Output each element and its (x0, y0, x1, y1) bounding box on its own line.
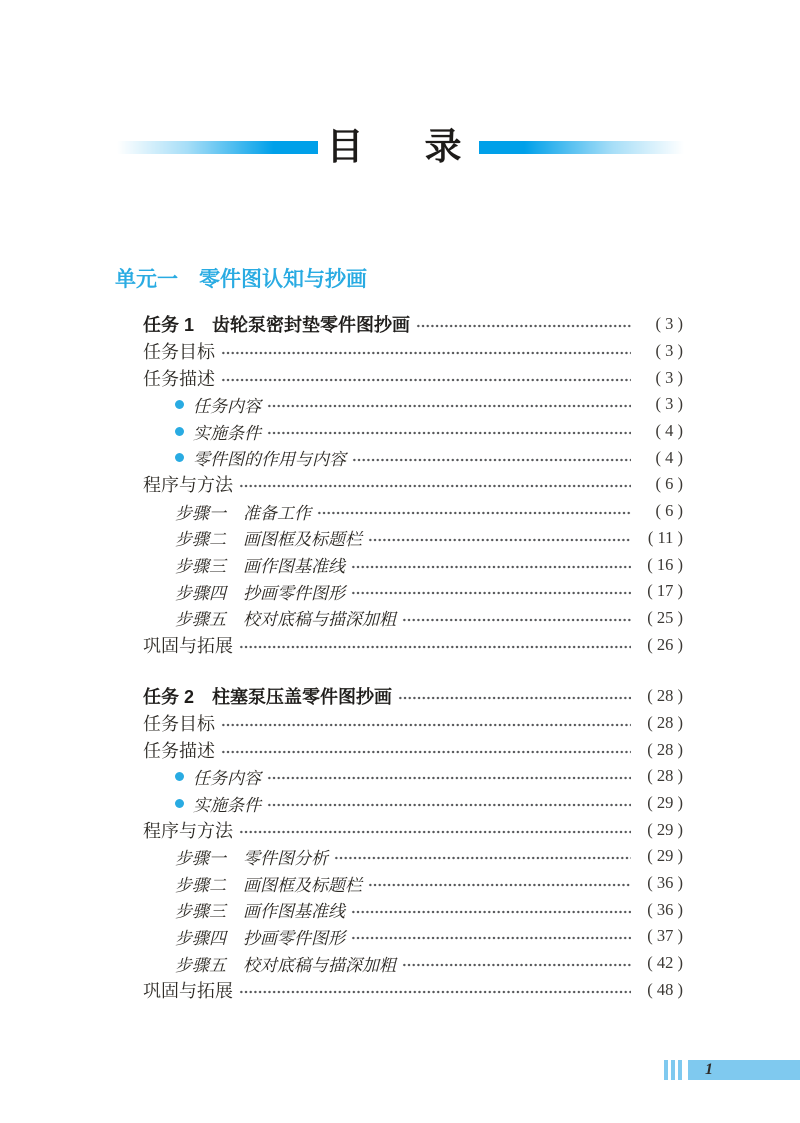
dot-leader (402, 963, 631, 967)
dot-leader (221, 750, 631, 754)
footer-tick-decoration (671, 1060, 675, 1080)
toc-row: 任务内容( 28 ) (115, 763, 683, 790)
page-number: ( 25 ) (634, 608, 683, 628)
toc-row: 步骤三 画作图基准线( 36 ) (115, 896, 683, 923)
page-number: ( 29 ) (634, 793, 683, 813)
toc-row: 程序与方法( 6 ) (115, 471, 683, 498)
footer-page-band: 1 (688, 1060, 800, 1080)
toc-row: 步骤五 校对底稿与描深加粗( 25 ) (115, 605, 683, 632)
footer-tick-group (664, 1060, 682, 1080)
footer-tick-decoration (678, 1060, 682, 1080)
toc-entry-label: 实施条件 (193, 791, 261, 816)
toc-entry-label: 任务描述 (143, 737, 215, 763)
toc-entry-label: 步骤四 抄画零件图形 (175, 579, 345, 604)
dot-leader (368, 538, 631, 542)
dot-leader (267, 431, 631, 435)
toc-row: 巩固与拓展( 48 ) (115, 977, 683, 1004)
page-number: ( 6 ) (634, 474, 683, 494)
toc-entry-label: 程序与方法 (143, 471, 233, 497)
dot-leader (352, 458, 631, 462)
page-number: ( 3 ) (634, 368, 683, 388)
title-gradient-bar-left (117, 141, 318, 154)
dot-leader (402, 618, 631, 622)
toc-entry-label: 步骤五 校对底稿与描深加粗 (175, 605, 396, 630)
page-number: ( 6 ) (634, 501, 683, 521)
toc-row: 步骤二 画图框及标题栏( 36 ) (115, 870, 683, 897)
page-number: ( 28 ) (634, 740, 683, 760)
toc-entry-label: 步骤三 画作图基准线 (175, 897, 345, 922)
dot-leader (416, 324, 631, 328)
bullet-icon (175, 427, 184, 436)
page-number: ( 29 ) (634, 846, 683, 866)
toc-row: 程序与方法( 29 ) (115, 816, 683, 843)
page-number: ( 37 ) (634, 926, 683, 946)
page-number: ( 42 ) (634, 953, 683, 973)
toc-entry-label: 零件图的作用与内容 (193, 445, 346, 470)
dot-leader (368, 883, 631, 887)
dot-leader (239, 645, 631, 649)
dot-leader (267, 803, 631, 807)
toc-row: 步骤四 抄画零件图形( 17 ) (115, 578, 683, 605)
dot-leader (267, 404, 631, 408)
toc-row: 零件图的作用与内容( 4 ) (115, 444, 683, 471)
dot-leader (239, 990, 631, 994)
dot-leader (239, 830, 631, 834)
toc-block: 任务 2 柱塞泵压盖零件图抄画( 28 )任务目标( 28 )任务描述( 28 … (115, 683, 683, 1003)
footer-page-number: 1 (688, 1061, 713, 1079)
toc-entry-label: 任务内容 (193, 764, 261, 789)
toc-entry-label: 巩固与拓展 (143, 977, 233, 1003)
toc-entry-label: 步骤一 准备工作 (175, 499, 311, 524)
dot-leader (351, 591, 631, 595)
toc-row: 任务目标( 3 ) (115, 338, 683, 365)
page-number: ( 17 ) (634, 581, 683, 601)
toc-row: 任务目标( 28 ) (115, 710, 683, 737)
bullet-icon (175, 799, 184, 808)
page-number: ( 29 ) (634, 820, 683, 840)
dot-leader (351, 936, 631, 940)
toc-row: 步骤一 准备工作( 6 ) (115, 498, 683, 525)
toc-entry-label: 任务 1 齿轮泵密封垫零件图抄画 (143, 311, 410, 337)
page-number: ( 11 ) (634, 528, 683, 548)
page-number: ( 26 ) (634, 635, 683, 655)
page-number: ( 3 ) (634, 341, 683, 361)
toc-entry-label: 任务描述 (143, 365, 215, 391)
page-number: ( 48 ) (634, 980, 683, 1000)
toc-row: 任务描述( 28 ) (115, 736, 683, 763)
bullet-icon (175, 453, 184, 462)
page-number: ( 28 ) (634, 766, 683, 786)
toc-row: 步骤四 抄画零件图形( 37 ) (115, 923, 683, 950)
toc-row: 步骤一 零件图分析( 29 ) (115, 843, 683, 870)
dot-leader (221, 378, 631, 382)
dot-leader (221, 351, 631, 355)
page-number: ( 28 ) (634, 713, 683, 733)
bullet-icon (175, 400, 184, 409)
page-number: ( 4 ) (634, 421, 683, 441)
toc-entry-label: 步骤五 校对底稿与描深加粗 (175, 951, 396, 976)
toc-entry-label: 步骤二 画图框及标题栏 (175, 525, 362, 550)
toc-entry-label: 任务目标 (143, 338, 215, 364)
toc-entry-label: 步骤四 抄画零件图形 (175, 924, 345, 949)
toc-entry-label: 任务内容 (193, 392, 261, 417)
page-number: ( 4 ) (634, 448, 683, 468)
toc-list: 任务 1 齿轮泵密封垫零件图抄画( 3 )任务目标( 3 )任务描述( 3 )任… (115, 311, 683, 1003)
dot-leader (334, 856, 631, 860)
toc-entry-label: 程序与方法 (143, 817, 233, 843)
toc-entry-label: 步骤三 画作图基准线 (175, 552, 345, 577)
toc-row: 实施条件( 29 ) (115, 790, 683, 817)
dot-leader (351, 565, 631, 569)
dot-leader (317, 511, 631, 515)
dot-leader (351, 910, 631, 914)
dot-leader (239, 484, 631, 488)
bullet-icon (175, 772, 184, 781)
toc-row: 步骤三 画作图基准线( 16 ) (115, 551, 683, 578)
page-number: ( 3 ) (634, 314, 683, 334)
toc-row: 巩固与拓展( 26 ) (115, 631, 683, 658)
toc-row: 实施条件( 4 ) (115, 418, 683, 445)
toc-row: 任务 2 柱塞泵压盖零件图抄画( 28 ) (115, 683, 683, 710)
toc-entry-label: 步骤一 零件图分析 (175, 844, 328, 869)
footer-tick-decoration (664, 1060, 668, 1080)
dot-leader (398, 696, 631, 700)
dot-leader (221, 723, 631, 727)
toc-entry-label: 实施条件 (193, 419, 261, 444)
toc-entry-label: 巩固与拓展 (143, 632, 233, 658)
toc-row: 任务 1 齿轮泵密封垫零件图抄画( 3 ) (115, 311, 683, 338)
toc-row: 步骤二 画图框及标题栏( 11 ) (115, 525, 683, 552)
page-number: ( 16 ) (634, 555, 683, 575)
toc-entry-label: 步骤二 画图框及标题栏 (175, 871, 362, 896)
toc-row: 任务内容( 3 ) (115, 391, 683, 418)
page-number: ( 3 ) (634, 394, 683, 414)
page-number: ( 36 ) (634, 873, 683, 893)
dot-leader (267, 776, 631, 780)
toc-entry-label: 任务 2 柱塞泵压盖零件图抄画 (143, 683, 392, 709)
page-number: ( 28 ) (634, 686, 683, 706)
toc-block: 任务 1 齿轮泵密封垫零件图抄画( 3 )任务目标( 3 )任务描述( 3 )任… (115, 311, 683, 658)
toc-document-page: 目 录 单元一 零件图认知与抄画 任务 1 齿轮泵密封垫零件图抄画( 3 )任务… (0, 0, 800, 1123)
page-number: ( 36 ) (634, 900, 683, 920)
toc-row: 步骤五 校对底稿与描深加粗( 42 ) (115, 950, 683, 977)
page-title: 目 录 (318, 127, 479, 167)
toc-entry-label: 任务目标 (143, 710, 215, 736)
toc-title-row: 目 录 (0, 127, 800, 167)
title-gradient-bar-right (479, 141, 684, 154)
unit-heading: 单元一 零件图认知与抄画 (115, 266, 367, 294)
toc-row: 任务描述( 3 ) (115, 364, 683, 391)
